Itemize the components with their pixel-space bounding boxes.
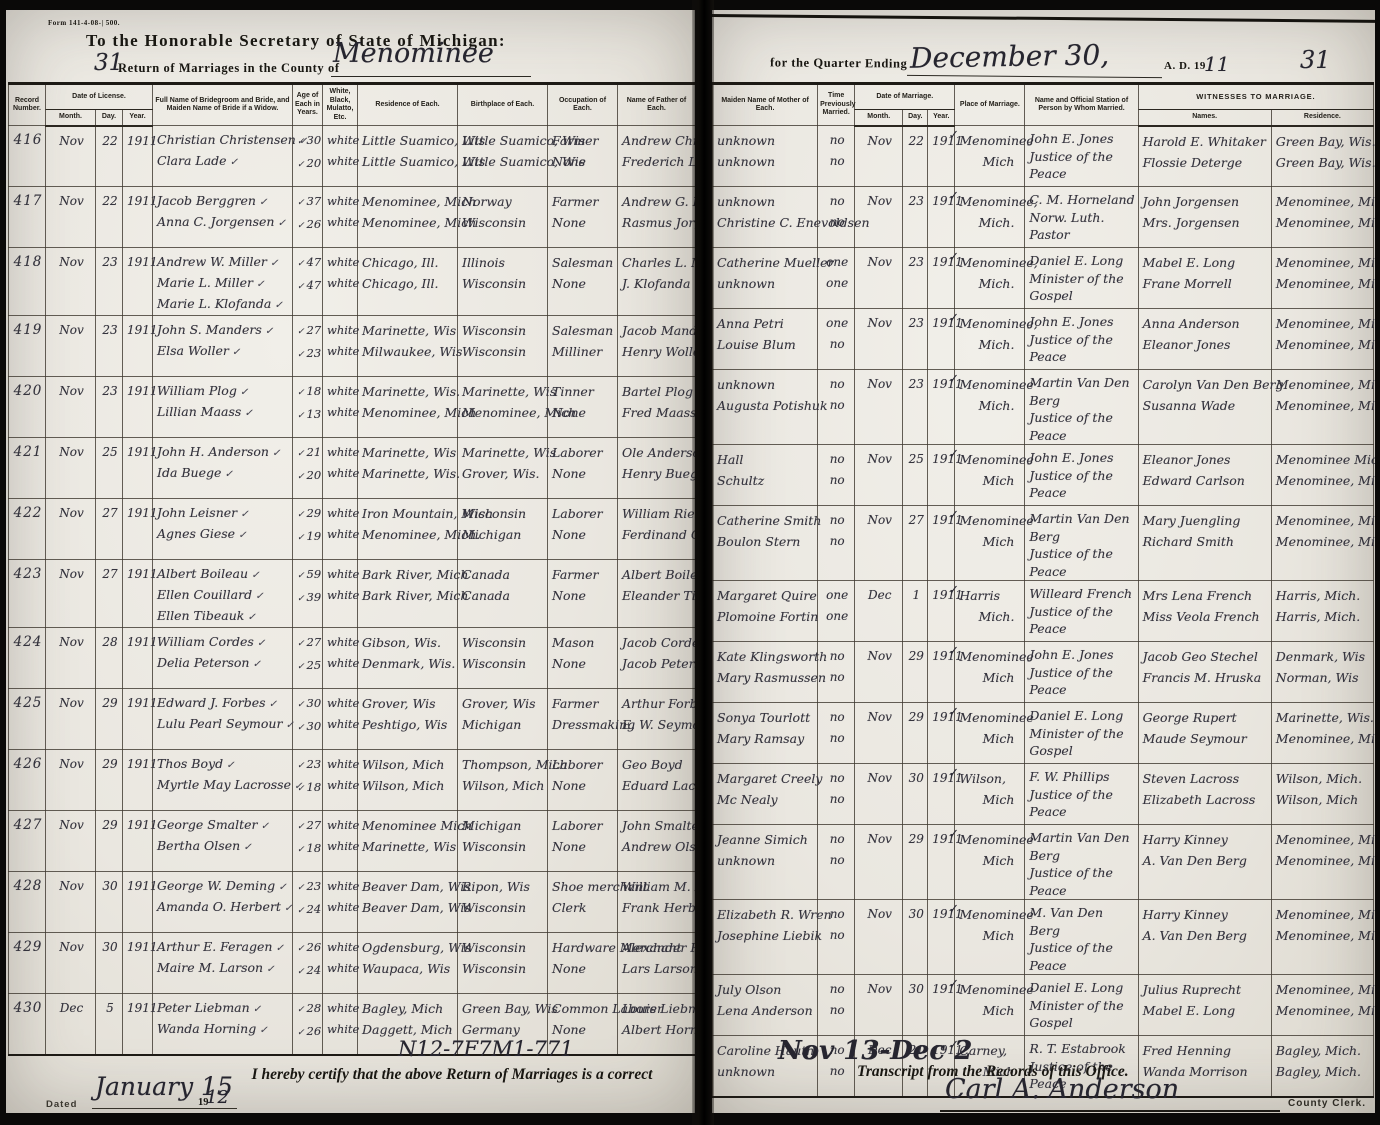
ages-line: 20 bbox=[297, 153, 320, 176]
register-row-left-422: 422Nov271911John LeisnerAgnes Giese2919w… bbox=[9, 499, 696, 560]
mother-names-line: Jeanne Simich bbox=[717, 829, 815, 850]
marriage-month-line: Nov bbox=[859, 646, 900, 667]
father-names-line: William M. Deming bbox=[622, 876, 693, 897]
couple-names-line: Jacob Berggren bbox=[157, 191, 290, 212]
race-color-line: white bbox=[327, 130, 355, 151]
ages-line: 25 bbox=[297, 655, 320, 678]
occupations-line: None bbox=[552, 151, 615, 172]
father-names-line: Bartel Plog bbox=[622, 381, 693, 402]
occupations: LaborerNone bbox=[548, 750, 618, 811]
witness-residences-line: Menominee, Mich. bbox=[1276, 273, 1371, 294]
license-year-line: 1911 bbox=[127, 442, 150, 463]
marriage-month-line: Dec bbox=[859, 585, 900, 606]
officiant: C. M. HornelandNorw. Luth. Pastor bbox=[1025, 187, 1138, 248]
father-names: William RieseFerdinand Giese bbox=[618, 499, 696, 560]
father-names: William M. DemingFrank Herbert bbox=[618, 872, 696, 933]
race-color: whitewhite bbox=[323, 377, 358, 438]
birthplaces-line: Grover, Wis. bbox=[462, 463, 545, 484]
couple-names-line: George W. Deming bbox=[157, 876, 290, 897]
record-number-line: 421 bbox=[13, 442, 43, 463]
birthplaces-line: Wisconsin bbox=[462, 836, 545, 857]
witness-residences-line: Menominee, Mich bbox=[1276, 1000, 1371, 1021]
register-row-right-416: unknownunknownnonoNov221911MenomineeMich… bbox=[713, 126, 1374, 187]
couple-names: Arthur E. FeragenMaire M. Larson bbox=[153, 933, 293, 994]
residences: Wilson, MichWilson, Mich bbox=[358, 750, 458, 811]
witness-residences-line: Menominee, Mich. bbox=[1276, 531, 1371, 552]
witness-residences-line: Bagley, Mich. bbox=[1276, 1061, 1371, 1082]
marriage-place-line: Harris bbox=[959, 585, 1022, 606]
birthplaces-line: Norway bbox=[462, 191, 545, 212]
times-previously-married: nono bbox=[818, 703, 855, 764]
occupations-line: None bbox=[552, 958, 615, 979]
race-color: whitewhite bbox=[323, 689, 358, 750]
birthplaces-line: Illinois bbox=[462, 252, 545, 273]
father-names: Andrew G. BerggrenRasmus Jorgensen bbox=[618, 187, 696, 248]
race-color-line: white bbox=[327, 564, 355, 585]
marriage-month: Nov bbox=[855, 248, 903, 309]
race-color-line: white bbox=[327, 503, 355, 524]
marriage-day-line: 29 bbox=[907, 646, 925, 667]
officiant-line: Justice of the Peace bbox=[1029, 409, 1135, 444]
marriage-month-line: Nov bbox=[859, 829, 900, 850]
father-names: Louis LiebmanAlbert Horning bbox=[618, 994, 696, 1055]
occupations: LaborerNone bbox=[548, 438, 618, 499]
witness-names: Julius RuprechtMabel E. Long bbox=[1138, 975, 1271, 1036]
license-day: 27 bbox=[96, 560, 123, 628]
signature-underline bbox=[940, 1110, 1280, 1112]
witness-names-line: Francis M. Hruska bbox=[1143, 667, 1269, 688]
race-color-line: white bbox=[327, 524, 355, 545]
license-year: 1911 bbox=[123, 933, 153, 994]
license-month-line: Nov bbox=[50, 131, 93, 152]
officiant: John E. JonesJustice of the Peace bbox=[1025, 642, 1138, 703]
witness-residences-line: Menominee, Mich. bbox=[1276, 334, 1371, 355]
witness-names-line: Eleanor Jones bbox=[1143, 449, 1269, 470]
officiant: Daniel E. LongMinister of the Gospel bbox=[1025, 703, 1138, 764]
witness-names-line: Fred Henning bbox=[1143, 1040, 1269, 1061]
marriage-place-line: Mich bbox=[959, 470, 1022, 491]
record-number-line: 417 bbox=[13, 191, 43, 212]
ages-line: 26 bbox=[297, 214, 320, 237]
couple-names-line: William Plog bbox=[157, 381, 290, 402]
residences: Bark River, MichBark River, Mich bbox=[358, 560, 458, 628]
marriage-place-line: Mich bbox=[959, 1000, 1022, 1021]
witness-residences-line: Denmark, Wis bbox=[1276, 646, 1371, 667]
mother-names-line: Margaret Creely bbox=[717, 768, 815, 789]
license-year-line: 1911 bbox=[127, 754, 150, 775]
mother-names-line: Mary Rasmussen bbox=[717, 667, 815, 688]
ages-line: 59 bbox=[297, 564, 320, 587]
mother-names-line: Mary Ramsay bbox=[717, 728, 815, 749]
license-day-line: 23 bbox=[100, 320, 120, 341]
officiant-line: R. T. Estabrook bbox=[1029, 1040, 1135, 1058]
license-day: 23 bbox=[96, 248, 123, 316]
times-previously-married: nono bbox=[818, 126, 855, 187]
record-number: 429 bbox=[9, 933, 46, 994]
couple-names-line: Ellen Tibeauk bbox=[157, 606, 290, 627]
register-row-right-422: Catherine SmithBoulon SternnonoNov271911… bbox=[713, 506, 1374, 581]
officiant-line: Justice of the Peace bbox=[1029, 786, 1135, 821]
officiant-line: Justice of the Peace bbox=[1029, 603, 1135, 638]
license-day: 22 bbox=[96, 187, 123, 248]
residences-line: Little Suamico, Wis bbox=[362, 151, 455, 172]
officiant-line: Martin Van Den Berg bbox=[1029, 374, 1135, 409]
marriage-place: MenomineeMich bbox=[955, 975, 1025, 1036]
witness-residences: Menominee, MichMenominee, Mich. bbox=[1271, 825, 1373, 900]
marriage-day-line: 23 bbox=[907, 252, 925, 273]
witness-residences-line: Marinette, Wis. bbox=[1276, 707, 1371, 728]
father-names-line: Frederich Lade bbox=[622, 151, 693, 172]
ages-line: 20 bbox=[297, 465, 320, 488]
marriage-place: Menominee,Mich. bbox=[955, 309, 1025, 370]
quarter-ending-label: for the Quarter Ending bbox=[770, 55, 908, 71]
times-previously-married-line: no bbox=[822, 449, 852, 470]
license-month: Nov bbox=[46, 689, 96, 750]
father-names-line: Jacob Peterson bbox=[622, 653, 693, 674]
marriage-place-line: Mich. bbox=[959, 606, 1022, 627]
witness-residences: Wilson, Mich.Wilson, Mich bbox=[1271, 764, 1373, 825]
couple-names-line: Maire M. Larson bbox=[157, 958, 290, 979]
ages: 1813 bbox=[293, 377, 323, 438]
marriage-place-line: Menominee bbox=[959, 707, 1022, 728]
residences-line: Chicago, Ill. bbox=[362, 273, 455, 294]
witness-names: Carolyn Van Den BergSusanna Wade bbox=[1138, 370, 1271, 445]
license-month-line: Dec bbox=[50, 998, 93, 1019]
mother-names-line: unknown bbox=[717, 374, 815, 395]
register-row-right-424: Kate KlingsworthMary RasmussennonoNov291… bbox=[713, 642, 1374, 703]
license-year: 1911 bbox=[123, 628, 153, 689]
officiant: Martin Van Den BergJustice of the Peace bbox=[1025, 825, 1138, 900]
license-day: 5 bbox=[96, 994, 123, 1055]
marriage-day: 29 bbox=[903, 703, 928, 764]
occupations-line: Mason bbox=[552, 632, 615, 653]
marriage-month-line: Nov bbox=[859, 979, 900, 1000]
residences-line: Little Suamico, Wis bbox=[362, 130, 455, 151]
license-month: Nov bbox=[46, 933, 96, 994]
race-color: whitewhite bbox=[323, 872, 358, 933]
officiant-line: John E. Jones bbox=[1029, 313, 1135, 331]
header-witnesses: WITNESSES TO MARRIAGE. bbox=[1138, 84, 1373, 110]
residences-line: Wilson, Mich bbox=[362, 775, 455, 796]
couple-names: Jacob BerggrenAnna C. Jorgensen bbox=[153, 187, 293, 248]
license-month-line: Nov bbox=[50, 693, 93, 714]
marriage-day-line: 29 bbox=[907, 829, 925, 850]
race-color-line: white bbox=[327, 252, 355, 273]
father-names: Albert BoileauEleander Tibeauk bbox=[618, 560, 696, 628]
register-row-left-425: 425Nov291911Edward J. ForbesLulu Pearl S… bbox=[9, 689, 696, 750]
residences-line: Peshtigo, Wis bbox=[362, 714, 455, 735]
residences-line: Beaver Dam, Wis bbox=[362, 897, 455, 918]
father-names: John SmalterAndrew Olsen bbox=[618, 811, 696, 872]
father-names-line: E. W. Seymour bbox=[622, 714, 693, 735]
birthplaces: Ripon, WisWisconsin bbox=[458, 872, 548, 933]
officiant-line: John E. Jones bbox=[1029, 449, 1135, 467]
header-officiant: Name and Official Station of Person by W… bbox=[1025, 84, 1138, 126]
race-color: whitewhite bbox=[323, 628, 358, 689]
residences: Grover, WisPeshtigo, Wis bbox=[358, 689, 458, 750]
ages-line: 29 bbox=[297, 503, 320, 526]
witness-residences: Denmark, WisNorman, Wis bbox=[1271, 642, 1373, 703]
marriage-month: Nov bbox=[855, 445, 903, 506]
marriage-place-line: Menominee bbox=[959, 449, 1022, 470]
marriage-day: 25 bbox=[903, 445, 928, 506]
license-year-line: 1911 bbox=[127, 381, 150, 402]
license-month: Nov bbox=[46, 438, 96, 499]
license-day: 30 bbox=[96, 933, 123, 994]
license-year: 1911 bbox=[123, 750, 153, 811]
ages-line: 47 bbox=[297, 252, 320, 275]
header-license-year: Year. bbox=[123, 110, 153, 126]
occupations-line: Salesman bbox=[552, 320, 615, 341]
mother-names: Catherine SmithBoulon Stern bbox=[713, 506, 818, 581]
father-names-line: Rasmus Jorgensen bbox=[622, 212, 693, 233]
residences-line: Marinette, Wis. bbox=[362, 381, 455, 402]
marriage-month: Nov bbox=[855, 506, 903, 581]
witness-names-line: Mary Juengling bbox=[1143, 510, 1269, 531]
occupations-line: Farmer bbox=[552, 130, 615, 151]
marriage-place: MenomineeMich bbox=[955, 126, 1025, 187]
tally-scribble: N12-7F7M1-771 bbox=[398, 1037, 574, 1061]
residences: Ogdensburg, WisWaupaca, Wis bbox=[358, 933, 458, 994]
residences-line: Milwaukee, Wis bbox=[362, 341, 455, 362]
marriage-day: 30 bbox=[903, 975, 928, 1036]
license-month-line: Nov bbox=[50, 815, 93, 836]
birthplaces-line: Green Bay, Wis bbox=[462, 998, 545, 1019]
father-names-line: Jacob Manders bbox=[622, 320, 693, 341]
license-year-line: 1911 bbox=[127, 252, 150, 273]
couple-names: Peter LiebmanWanda Horning bbox=[153, 994, 293, 1055]
occupations: LaborerNone bbox=[548, 811, 618, 872]
father-names-line: Arthur Forbes bbox=[622, 693, 693, 714]
witness-names: Mary JuenglingRichard Smith bbox=[1138, 506, 1271, 581]
header-license-day: Day. bbox=[96, 110, 123, 126]
register-row-right-418: Catherine MuellerunknownoneoneNov231911M… bbox=[713, 248, 1374, 309]
couple-names: William CordesDelia Peterson bbox=[153, 628, 293, 689]
couple-names-line: Delia Peterson bbox=[157, 653, 290, 674]
couple-names: John S. MandersElsa Woller bbox=[153, 316, 293, 377]
license-month-line: Nov bbox=[50, 252, 93, 273]
license-day: 29 bbox=[96, 811, 123, 872]
marriage-place-line: Menominee, bbox=[959, 252, 1022, 273]
times-previously-married-line: no bbox=[822, 334, 852, 355]
register-row-left-418: 418Nov231911Andrew W. MillerMarie L. Mil… bbox=[9, 248, 696, 316]
race-color-line: white bbox=[327, 212, 355, 233]
record-number-line: 430 bbox=[13, 998, 43, 1019]
witness-names-line: Richard Smith bbox=[1143, 531, 1269, 552]
father-names-line: Jacob Cordes bbox=[622, 632, 693, 653]
residences-line: Iron Mountain, Mich bbox=[362, 503, 455, 524]
register-row-left-426: 426Nov291911Thos BoydMyrtle May Lacrosse… bbox=[9, 750, 696, 811]
ages: 3030 bbox=[293, 689, 323, 750]
record-number-line: 427 bbox=[13, 815, 43, 836]
license-month: Nov bbox=[46, 811, 96, 872]
witness-names-line: Frane Morrell bbox=[1143, 273, 1269, 294]
witness-names-line: Eleanor Jones bbox=[1143, 334, 1269, 355]
mother-names-line: Catherine Mueller bbox=[717, 252, 815, 273]
mother-names: Sonya TourlottMary Ramsay bbox=[713, 703, 818, 764]
birthplaces: WisconsinWisconsin bbox=[458, 628, 548, 689]
occupations-line: Laborer bbox=[552, 503, 615, 524]
license-day: 29 bbox=[96, 689, 123, 750]
record-number: 430 bbox=[9, 994, 46, 1055]
residences: Little Suamico, WisLittle Suamico, Wis bbox=[358, 126, 458, 187]
marriage-month-line: Nov bbox=[859, 510, 900, 531]
license-day-line: 27 bbox=[100, 564, 120, 585]
marriage-day-line: 29 bbox=[907, 707, 925, 728]
license-day-line: 22 bbox=[100, 191, 120, 212]
occupations-line: Tinner bbox=[552, 381, 615, 402]
marriage-place: Menominee,Mich. bbox=[955, 248, 1025, 309]
times-previously-married-line: no bbox=[822, 395, 852, 416]
ad-year-label: A. D. 19 bbox=[1164, 60, 1206, 72]
times-previously-married-line: one bbox=[822, 273, 852, 294]
officiant-line: Justice of the Peace bbox=[1029, 545, 1135, 580]
residences-line: Bark River, Mich bbox=[362, 564, 455, 585]
marriage-place-line: Mich bbox=[959, 789, 1022, 810]
register-row-left-423: 423Nov271911Albert BoileauEllen Couillar… bbox=[9, 560, 696, 628]
race-color-line: white bbox=[327, 585, 355, 606]
marriage-month: Dec bbox=[855, 581, 903, 642]
marriage-place: MenomineeMich bbox=[955, 445, 1025, 506]
quarter-underline bbox=[907, 75, 1162, 78]
marriage-place-line: Wilson, bbox=[959, 768, 1022, 789]
register-row-right-420: unknownAugusta PotishuknonoNov231911Meno… bbox=[713, 370, 1374, 445]
officiant-line: John E. Jones bbox=[1029, 646, 1135, 664]
witness-residences-line: Menominee, Mich bbox=[1276, 829, 1371, 850]
occupations: TinnerNone bbox=[548, 377, 618, 438]
record-number-line: 428 bbox=[13, 876, 43, 897]
header-father: Name of Father of Each. bbox=[618, 84, 696, 126]
witness-residences-line: Menominee, Mich. bbox=[1276, 252, 1371, 273]
officiant-line: Minister of the Gospel bbox=[1029, 725, 1135, 760]
license-day: 30 bbox=[96, 872, 123, 933]
couple-names-line: Marie L. Miller bbox=[157, 273, 290, 294]
mother-names-line: unknown bbox=[717, 850, 815, 871]
couple-names-line: Albert Boileau bbox=[157, 564, 290, 585]
header-birthplace: Birthplace of Each. bbox=[458, 84, 548, 126]
marriage-month: Nov bbox=[855, 309, 903, 370]
times-previously-married: nono bbox=[818, 506, 855, 581]
ages: 3726 bbox=[293, 187, 323, 248]
birthplaces-line: Wisconsin bbox=[462, 653, 545, 674]
ages: 5939 bbox=[293, 560, 323, 628]
race-color-line: white bbox=[327, 341, 355, 362]
couple-names-line: Clara Lade bbox=[157, 151, 290, 172]
father-names-line: Fred Maass bbox=[622, 402, 693, 423]
race-color-line: white bbox=[327, 775, 355, 796]
officiant-line: John E. Jones bbox=[1029, 130, 1135, 148]
dated-label: Dated bbox=[46, 1099, 77, 1110]
witness-residences-line: Wilson, Mich. bbox=[1276, 768, 1371, 789]
ages: 2318 bbox=[293, 750, 323, 811]
times-previously-married-line: no bbox=[822, 510, 852, 531]
register-row-left-424: 424Nov281911William CordesDelia Peterson… bbox=[9, 628, 696, 689]
birthplaces-line: Wisconsin bbox=[462, 212, 545, 233]
record-number: 424 bbox=[9, 628, 46, 689]
witness-names-line: Carolyn Van Den Berg bbox=[1143, 374, 1269, 395]
couple-names: Andrew W. MillerMarie L. MillerMarie L. … bbox=[153, 248, 293, 316]
witness-residences-line: Menominee Mich bbox=[1276, 449, 1371, 470]
couple-names-line: Agnes Giese bbox=[157, 524, 290, 545]
license-month: Nov bbox=[46, 316, 96, 377]
father-names-line: William Riese bbox=[622, 503, 693, 524]
occupations-line: None bbox=[552, 585, 615, 606]
couple-names-line: Arthur E. Feragen bbox=[157, 937, 290, 958]
marriage-month: Nov bbox=[855, 900, 903, 975]
marriage-day: 29 bbox=[903, 825, 928, 900]
witness-residences-line: Harris, Mich. bbox=[1276, 585, 1371, 606]
ages-line: 27 bbox=[297, 632, 320, 655]
occupations: FarmerNone bbox=[548, 126, 618, 187]
header-witness-residence: Residence. bbox=[1271, 110, 1373, 126]
marriage-place: HarrisMich. bbox=[955, 581, 1025, 642]
license-day: 25 bbox=[96, 438, 123, 499]
scanned-marriage-register: { "header": { "form_number": "Form 141-4… bbox=[0, 0, 1380, 1125]
officiant-line: M. Van Den Berg bbox=[1029, 904, 1135, 939]
witness-names-line: Jacob Geo Stechel bbox=[1143, 646, 1269, 667]
marriage-month-line: Nov bbox=[859, 768, 900, 789]
marriage-place-line: Mich. bbox=[959, 395, 1022, 416]
witness-residences: Bagley, Mich.Bagley, Mich. bbox=[1271, 1036, 1373, 1097]
marriage-register-table-left: Record Number. Date of License. Full Nam… bbox=[8, 82, 695, 1056]
residences: Beaver Dam, WisBeaver Dam, Wis bbox=[358, 872, 458, 933]
times-previously-married-line: no bbox=[822, 789, 852, 810]
times-previously-married-line: no bbox=[822, 768, 852, 789]
birthplaces-line: Ripon, Wis bbox=[462, 876, 545, 897]
officiant-line: Daniel E. Long bbox=[1029, 252, 1135, 270]
register-row-right-426: Margaret CreelyMc NealynonoNov301911Wils… bbox=[713, 764, 1374, 825]
mother-names: Kate KlingsworthMary Rasmussen bbox=[713, 642, 818, 703]
marriage-day: 23 bbox=[903, 187, 928, 248]
ages-line: 26 bbox=[297, 937, 320, 960]
ages: 4747 bbox=[293, 248, 323, 316]
race-color-line: white bbox=[327, 836, 355, 857]
occupations: FarmerNone bbox=[548, 187, 618, 248]
father-names-line: Eduard Lacrosse bbox=[622, 775, 693, 796]
license-month-line: Nov bbox=[50, 754, 93, 775]
witness-residences: Menominee, Mich.Menominee, Mich. bbox=[1271, 900, 1373, 975]
occupations-line: Laborer bbox=[552, 754, 615, 775]
record-number: 416 bbox=[9, 126, 46, 187]
couple-names-line: Myrtle May Lacrosse bbox=[157, 775, 290, 796]
times-previously-married-line: no bbox=[822, 531, 852, 552]
ages: 2324 bbox=[293, 872, 323, 933]
witness-names-line: A. Van Den Berg bbox=[1143, 925, 1269, 946]
page-number-right: 31 bbox=[1300, 46, 1331, 74]
couple-names-line: Marie L. Klofanda bbox=[157, 294, 290, 315]
witness-names-line: Miss Veola French bbox=[1143, 606, 1269, 627]
residences-line: Beaver Dam, Wis bbox=[362, 876, 455, 897]
license-year-line: 1911 bbox=[127, 632, 150, 653]
officiant-line: Daniel E. Long bbox=[1029, 979, 1135, 997]
county-clerk-signature: Carl A. Anderson bbox=[945, 1074, 1179, 1105]
license-day-line: 29 bbox=[100, 754, 120, 775]
couple-names: Edward J. ForbesLulu Pearl Seymour bbox=[153, 689, 293, 750]
race-color: whitewhite bbox=[323, 126, 358, 187]
witness-names: George RupertMaude Seymour bbox=[1138, 703, 1271, 764]
birthplaces: MichiganWisconsin bbox=[458, 811, 548, 872]
times-previously-married: nono bbox=[818, 445, 855, 506]
mother-names: Anna PetriLouise Blum bbox=[713, 309, 818, 370]
times-previously-married-line: no bbox=[822, 850, 852, 871]
record-number: 427 bbox=[9, 811, 46, 872]
record-number: 418 bbox=[9, 248, 46, 316]
record-number: 419 bbox=[9, 316, 46, 377]
header-mother: Maiden Name of Mother of Each. bbox=[713, 84, 818, 126]
residences: Chicago, Ill.Chicago, Ill. bbox=[358, 248, 458, 316]
license-year: 1911 bbox=[123, 499, 153, 560]
license-month: Nov bbox=[46, 126, 96, 187]
